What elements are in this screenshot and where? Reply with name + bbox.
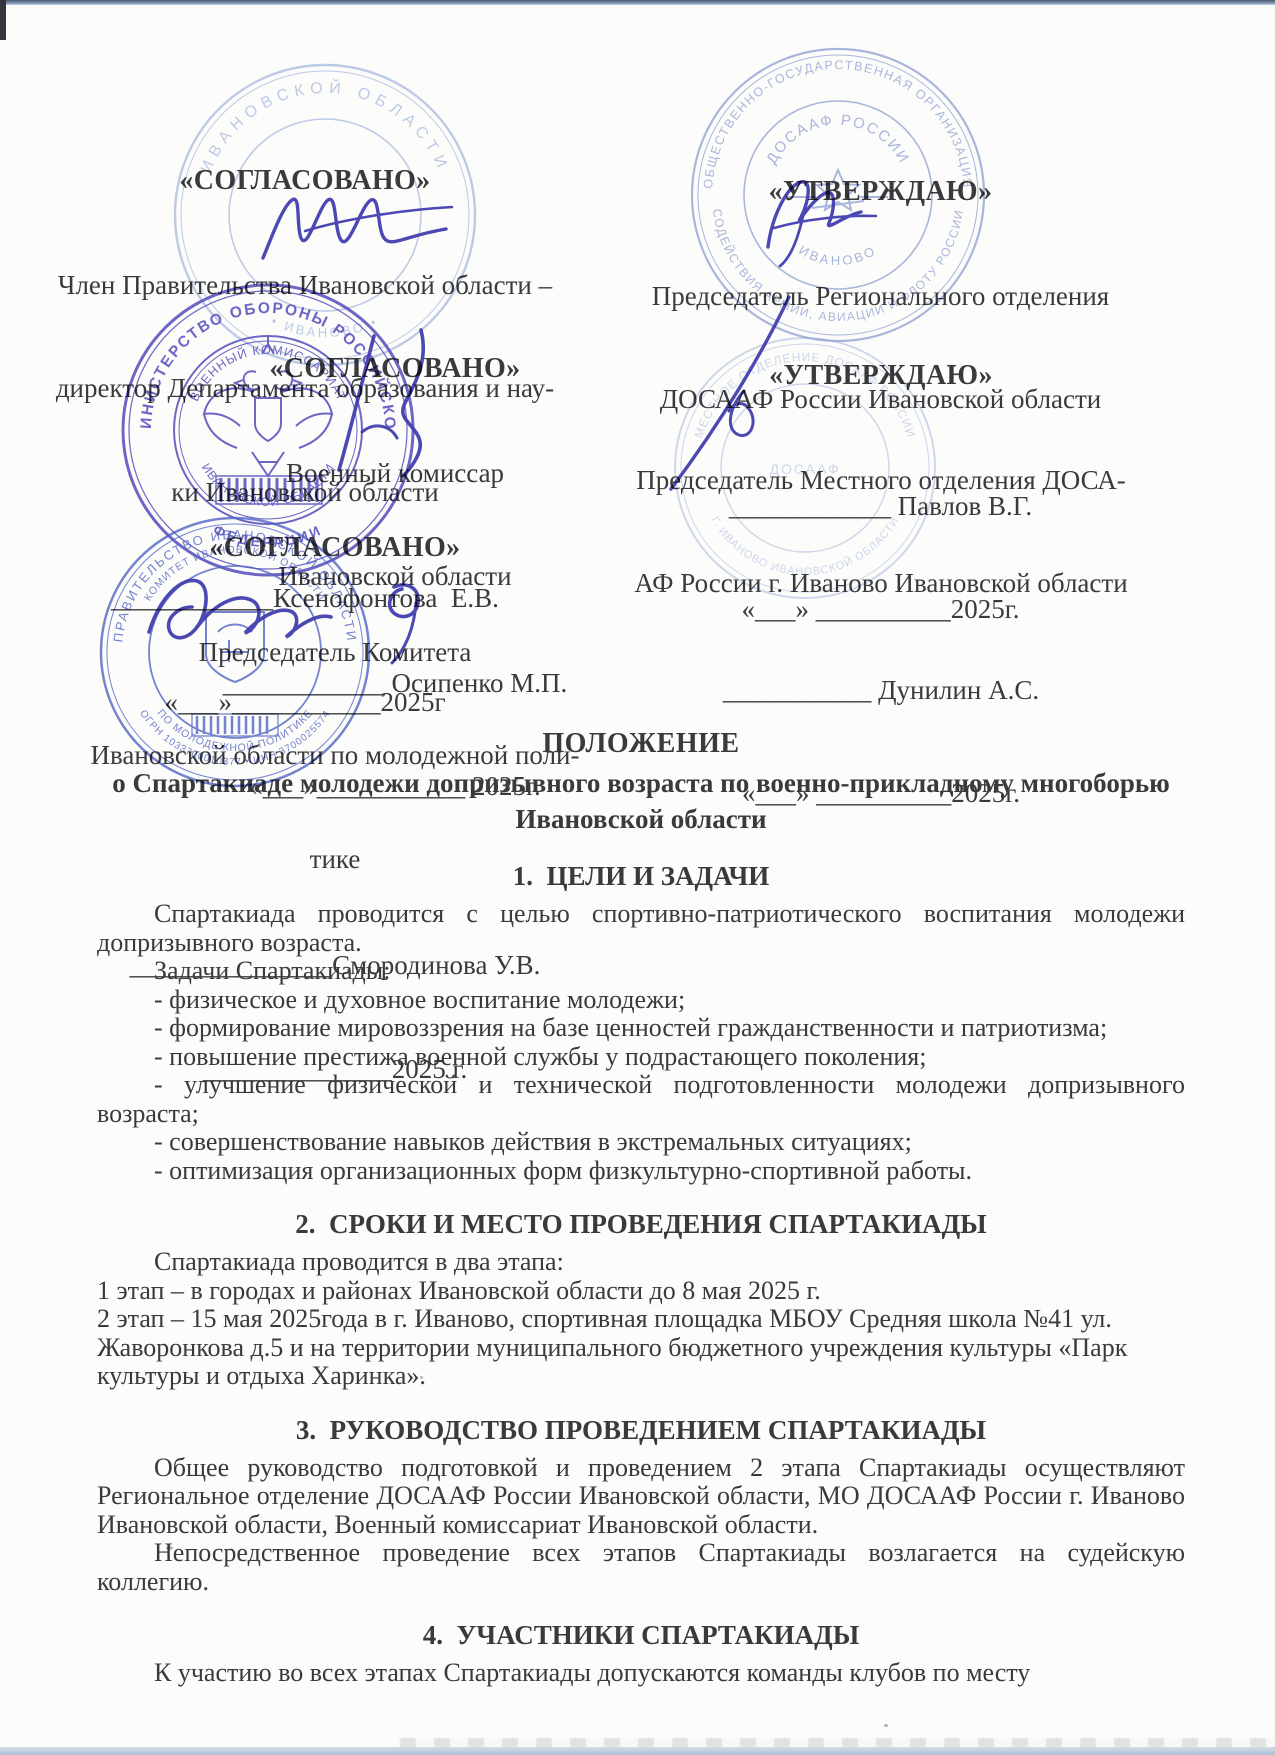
paragraph: Спартакиада проводится с целью спортивно…: [97, 900, 1185, 957]
section-2-heading: 2. СРОКИ И МЕСТО ПРОВЕДЕНИЯ СПАРТАКИАДЫ: [97, 1208, 1185, 1241]
section-1-heading: 1. ЦЕЛИ И ЗАДАЧИ: [97, 860, 1185, 893]
section-3-heading: 3. РУКОВОДСТВО ПРОВЕДЕНИЕМ СПАРТАКИАДЫ: [97, 1414, 1185, 1447]
paragraph: Общее руководство подготовкой и проведен…: [97, 1454, 1185, 1540]
paragraph: Задачи Спартакиады:: [97, 957, 1185, 986]
list-item: - оптимизация организационных форм физку…: [97, 1157, 1185, 1186]
scanned-document-page: «СОГЛАСОВАНО» Член Правительства Ивановс…: [0, 0, 1275, 1755]
approval-role-line: АФ России г. Иваново Ивановской области: [616, 566, 1146, 601]
paragraph: 2 этап – 15 мая 2025года в г. Иваново, с…: [97, 1305, 1185, 1391]
doc-subtitle: Ивановской области: [97, 801, 1185, 837]
doc-subtitle: о Спартакиаде молодежи допризывного возр…: [97, 765, 1185, 801]
paragraph: Спартакиада проводится в два этапа:: [97, 1248, 1185, 1277]
document-body: ПОЛОЖЕНИЕ о Спартакиаде молодежи допризы…: [97, 727, 1185, 1688]
list-item: - формирование мировоззрения на базе цен…: [97, 1014, 1185, 1043]
doc-title: ПОЛОЖЕНИЕ: [97, 727, 1185, 761]
paragraph: К участию во всех этапах Спартакиады доп…: [97, 1659, 1185, 1688]
approval-word: «СОГЛАСОВАНО»: [175, 352, 615, 387]
approval-word: «УТВЕРЖДАЮ»: [616, 359, 1146, 394]
scan-speck: [884, 1724, 888, 1727]
scan-edge-bottom: [0, 1747, 1275, 1755]
list-item: - улучшение физической и технической под…: [97, 1071, 1185, 1128]
section-4-heading: 4. УЧАСТНИКИ СПАРТАКИАДЫ: [97, 1619, 1185, 1652]
approval-role-line: Председатель Комитета: [85, 635, 585, 670]
paragraph: Непосредственное проведение всех этапов …: [97, 1539, 1185, 1596]
scan-edge-top: [0, 0, 1275, 5]
list-item: - совершенствование навыков действия в э…: [97, 1128, 1185, 1157]
scan-corner-mark: [0, 0, 6, 40]
signature-line: ___________ Дунилин А.С.: [616, 673, 1146, 708]
list-item: - физическое и духовное воспитание молод…: [97, 986, 1185, 1015]
scan-edge-speckle: [400, 1738, 1275, 1747]
approval-word: «СОГЛАСОВАНО»: [55, 164, 555, 199]
approval-role-line: Председатель Местного отделения ДОСА-: [616, 463, 1146, 498]
paragraph: 1 этап – в городах и районах Ивановской …: [97, 1277, 1185, 1306]
list-item: - повышение престижа военной службы у по…: [97, 1043, 1185, 1072]
approval-word: «УТВЕРЖДАЮ»: [618, 175, 1143, 210]
approval-word: «СОГЛАСОВАНО»: [85, 531, 585, 566]
